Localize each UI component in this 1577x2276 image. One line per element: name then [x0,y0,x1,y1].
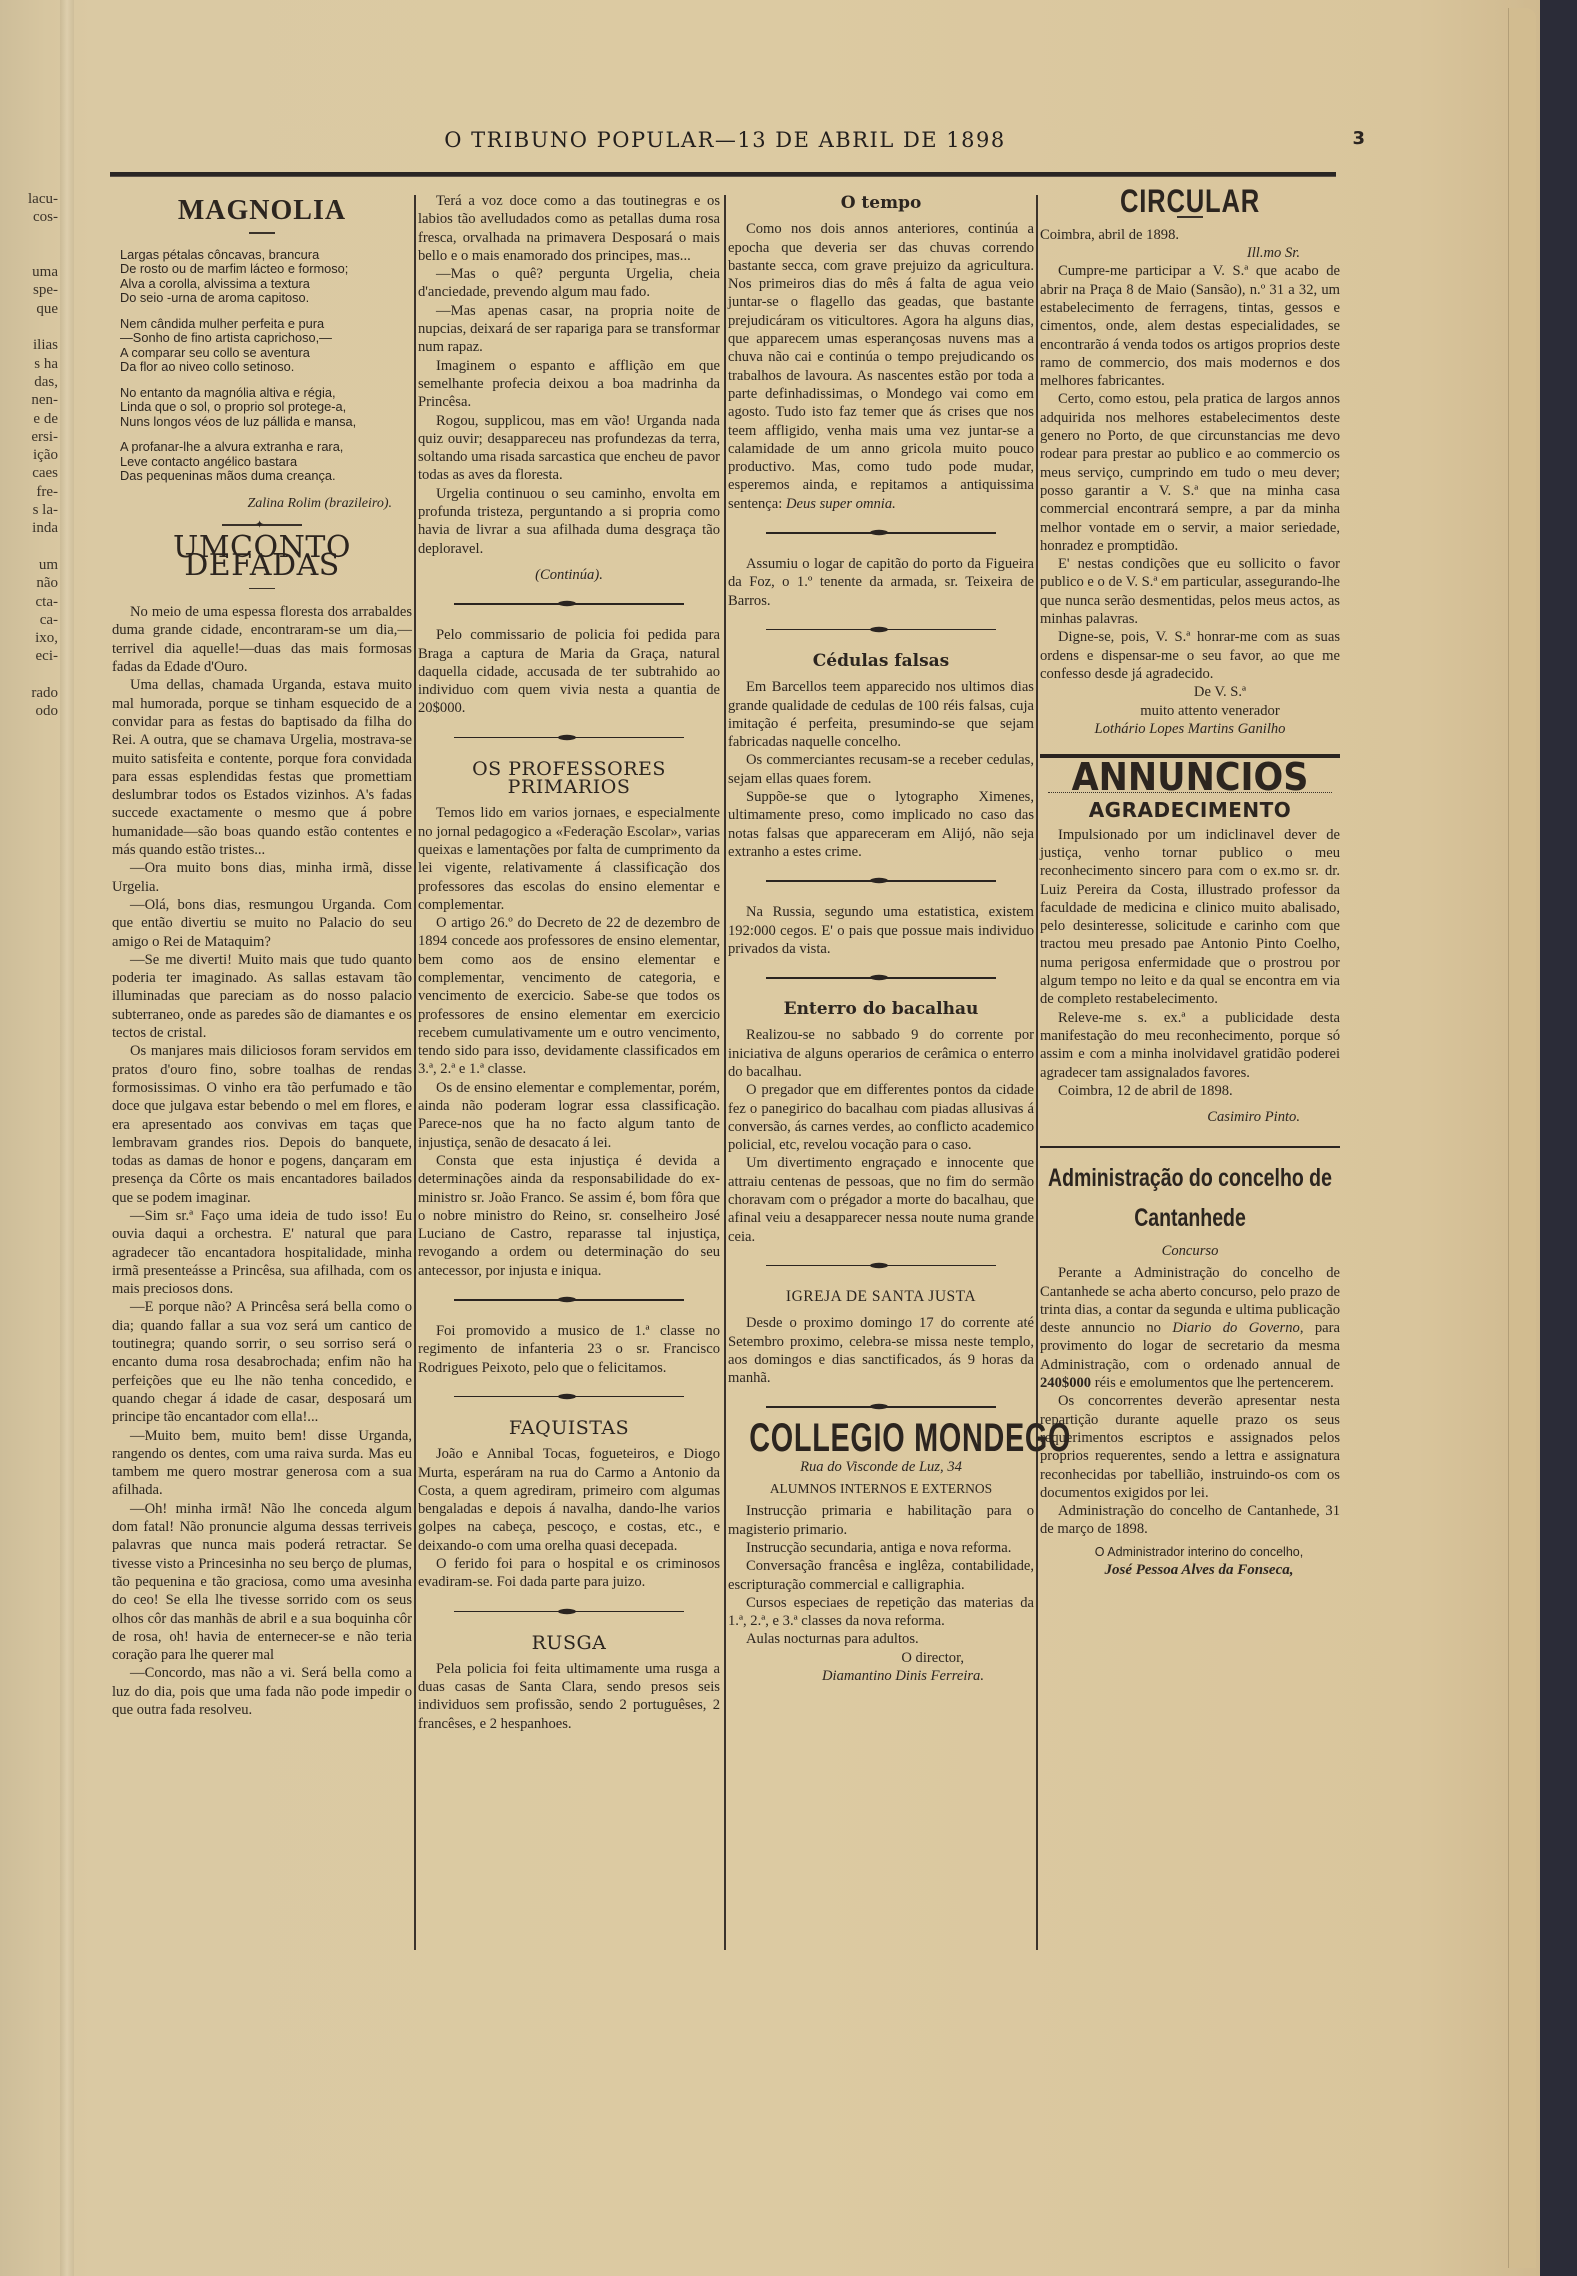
poem-line: Leve contacto angélico bastara [120,455,412,470]
column-3: O tempo Como nos dois annos anteriores, … [728,192,1034,1952]
margin-fragment: ição [0,446,58,464]
poem-line: Alva a corolla, alvissima a textura [120,277,412,292]
margin-fragment: uma [0,263,58,281]
margin-fragment: cta- [0,593,58,611]
article-paragraph: O artigo 26.º do Decreto de 22 de dezemb… [418,914,720,1079]
article-rusga: Pela policia foi feita ultimamente uma r… [418,1660,720,1733]
section-title-faquistas: FAQUISTAS [418,1419,720,1437]
ad-body-agradecimento: Impulsionado por um indiclinavel dever d… [1040,826,1340,1100]
section-divider [454,1387,684,1407]
margin-fragment: odo [0,702,58,720]
section-rule [1040,1146,1340,1148]
story-paragraph: Uma dellas, chamada Urganda, estava muit… [112,676,412,859]
story-paragraph: —Mas apenas casar, na propria noite de n… [418,302,720,357]
page-number: 3 [1352,128,1365,149]
news-russia: Na Russia, segundo uma estatistica, exis… [728,903,1034,958]
ad-subtitle: ALUMNOS INTERNOS E EXTERNOS [728,1480,1034,1498]
poem-stanza: Largas pétalas côncavas, brancuraDe rost… [120,248,412,306]
section-title-tempo: O tempo [728,194,1034,212]
margin-fragment: eci- [0,647,58,665]
ad-sign-name: Diamantino Dinis Ferreira. [728,1667,984,1685]
section-divider [454,1290,684,1310]
ad-paragraph: Conversação francêsa e inglêza, contabil… [728,1557,1034,1594]
poem-line: No entanto da magnólia altiva e régia, [120,386,412,401]
circular-place-date: Coimbra, abril de 1898. [1040,226,1340,244]
story-paragraph: —Olá, bons dias, resmungou Urganda. Com … [112,896,412,951]
story-continuation: Terá a voz doce como a das toutinegras e… [418,192,720,558]
poem-stanza: No entanto da magnólia altiva e régia,Li… [120,386,412,430]
newspaper-page: lacu-cos-umaspe-queiliass hadas,nen-e de… [0,0,1540,2276]
story-paragraph: —Ora muito bons dias, minha irmã, disse … [112,859,412,896]
column-4: CIRCULAR Coimbra, abril de 1898. Ill.mo … [1040,192,1340,1952]
ad-paragraph: Cursos especiaes de repetição das materi… [728,1594,1034,1631]
story-paragraph: Os manjares mais diliciosos foram servid… [112,1042,412,1207]
section-divider [766,620,996,640]
article-paragraph: Suppõe-se que o lytographo Ximenes, ulti… [728,788,1034,861]
article-tempo: Como nos dois annos anteriores, continúa… [728,220,1034,513]
ad-paragraph: Releve-me s. ex.ª a publicidade desta ma… [1040,1009,1340,1082]
margin-fragment: nen- [0,391,58,409]
article-paragraph: Temos lido em varios jornaes, e especial… [418,804,720,914]
poem-line: Largas pétalas côncavas, brancura [120,248,412,263]
circular-paragraph: Certo, como estou, pela pratica de largo… [1040,390,1340,555]
poem-line: A profanar-lhe a alvura extranha e rara, [120,440,412,455]
article-enterro: Realizou-se no sabbado 9 do corrente por… [728,1026,1034,1246]
admin-sign-name: José Pessoa Alves da Fonseca, [1040,1561,1340,1579]
margin-fragment: ersi- [0,428,58,446]
poem-line: A comparar seu collo se aventura [120,346,412,361]
circular-body: Cumpre-me participar a V. S.ª que acabo … [1040,262,1340,683]
margin-fragment [0,227,58,245]
section-divider [454,594,684,614]
article-paragraph: O ferido foi para o hospital e os crimin… [418,1555,720,1592]
ad-paragraph: Coimbra, 12 de abril de 1898. [1040,1082,1340,1100]
section-title-cedulas: Cédulas falsas [728,652,1034,670]
circular-paragraph: Digne-se, pois, V. S.ª honrar-me com as … [1040,628,1340,683]
ad-paragraph: Aulas nocturnas para adultos. [728,1630,1034,1648]
article-cedulas: Em Barcellos teem apparecido nos ultimos… [728,678,1034,861]
ornament-divider [222,521,302,529]
article-paragraph: Os commerciantes recusam-se a receber ce… [728,751,1034,788]
story-title: UMCONTO DEFADAS [112,539,412,576]
margin-fragment: cos- [0,208,58,226]
poem-line: Da flor ao niveo collo setinoso. [120,360,412,375]
article-professores: Temos lido em varios jornaes, e especial… [418,804,720,1280]
story-body: No meio de uma espessa floresta dos arra… [112,603,412,1719]
ad-title-administracao: Administração do concelho de Cantanhede [1042,1158,1338,1238]
ad-address: Rua do Visconde de Luz, 34 [728,1458,1034,1476]
story-paragraph: Imaginem o espanto e afflição em que sem… [418,357,720,412]
ad-signature: Casimiro Pinto. [1040,1108,1300,1126]
continua-note: (Continúa). [418,566,720,584]
short-rule [249,232,275,234]
short-rule [249,588,275,590]
story-paragraph: Rogou, supplicou, mas em vão! Urganda na… [418,412,720,485]
section-title-professores: OS PROFESSORES PRIMARIOS [418,760,720,797]
spine-fold [60,0,74,2276]
circular-paragraph: E' nestas condições que eu sollicito o f… [1040,555,1340,628]
margin-fragment [0,318,58,336]
ad-paragraph: Instrucção secundaria, antiga e nova ref… [728,1539,1034,1557]
poem-stanza: Nem cândida mulher perfeita e pura—Sonho… [120,317,412,375]
article-paragraph: Em Barcellos teem apparecido nos ultimos… [728,678,1034,751]
poem-line: Nuns longos véos de luz pállida e mansa, [120,415,412,430]
column-2: Terá a voz doce como a das toutinegras e… [418,192,720,1952]
poem-stanza: A profanar-lhe a alvura extranha e rara,… [120,440,412,484]
news-capitao: Assumiu o logar de capitão do porto da F… [728,555,1034,610]
masthead: O TRIBUNO POPULAR—13 DE ABRIL DE 1898 3 [115,128,1335,158]
circular-closing: muito attento venerador [1080,702,1340,720]
margin-fragment: spe- [0,281,58,299]
ad-paragraph: Impulsionado por um indiclinavel dever d… [1040,826,1340,1009]
column-rule [414,195,416,1950]
margin-fragment: s ha [0,355,58,373]
margin-fragment: não [0,574,58,592]
section-divider [766,523,996,543]
poem-title: MAGNOLIA [112,202,412,220]
story-paragraph: —Mas o quê? pergunta Urgelia, cheia d'an… [418,265,720,302]
story-paragraph: —Se me diverti! Muito mais que tudo quan… [112,951,412,1042]
column-rule [724,195,726,1950]
margin-fragment: ixo, [0,629,58,647]
poem-line: Nem cândida mulher perfeita e pura [120,317,412,332]
admin-paragraph-1: Perante a Administração do concelho de C… [1040,1264,1340,1392]
story-paragraph: No meio de uma espessa floresta dos arra… [112,603,412,676]
margin-fragment [0,666,58,684]
story-paragraph: —Oh! minha irmã! Não lhe conceda algum d… [112,1500,412,1665]
article-paragraph: Realizou-se no sabbado 9 do corrente por… [728,1026,1034,1081]
page-edge [1508,8,1536,2268]
news-musico: Foi promovido a musico de 1.ª classe no … [418,1322,720,1377]
circular-closing: De V. S.ª [1100,683,1340,701]
section-divider [766,871,996,891]
column-1: MAGNOLIA Largas pétalas côncavas, brancu… [112,192,412,1952]
story-paragraph: —E porque não? A Princêsa será bella com… [112,1298,412,1426]
article-paragraph: O pregador que em differentes pontos da … [728,1081,1034,1154]
column-rule [1036,195,1038,1950]
section-title-enterro: Enterro do bacalhau [728,1000,1034,1018]
section-divider [766,968,996,988]
story-paragraph: Terá a voz doce como a das toutinegras e… [418,192,720,265]
story-paragraph: —Sim sr.ª Faço uma ideia de tudo isso! E… [112,1207,412,1298]
ad-subtitle-concurso: Concurso [1040,1242,1340,1260]
section-divider [454,1602,684,1622]
article-paragraph: Consta que esta injustiça é devida a det… [418,1152,720,1280]
margin-fragment: que [0,300,58,318]
poem-line: Das pequeninas mãos duma creança. [120,469,412,484]
circular-signature: Lothário Lopes Martins Ganilho [1040,720,1340,738]
margin-fragment: ilias [0,336,58,354]
poem-line: Linda que o sol, o proprio sol protege-a… [120,400,412,415]
poem-line: De rosto ou de marfim lácteo e formoso; [120,262,412,277]
margin-fragment: das, [0,373,58,391]
margin-fragment [0,245,58,263]
section-title-igreja: IGREJA DE SANTA JUSTA [728,1288,1034,1306]
ad-title-collegio: COLLEGIO MONDEGO [749,1429,1013,1447]
section-title-annuncios: ANNUNCIOS [1052,768,1328,786]
margin-fragment: fre- [0,483,58,501]
header-rule [110,172,1336,177]
article-paragraph: Um divertimento engraçado e innocente qu… [728,1154,1034,1245]
story-paragraph: —Muito bem, muito bem! disse Urganda, ra… [112,1427,412,1500]
margin-fragment [0,538,58,556]
margin-fragment: caes [0,464,58,482]
admin-paragraph-3: Administração do concelho de Cantanhede,… [1040,1502,1340,1539]
admin-paragraph-2: Os concorrentes deverão apresentar nesta… [1040,1392,1340,1502]
ad-body-collegio: Instrucção primaria e habilitação para o… [728,1502,1034,1648]
poem-line: —Sonho de fino artista caprichoso,— [120,331,412,346]
margin-fragment: um [0,556,58,574]
article-igreja: Desde o proximo domingo 17 do corrente a… [728,1314,1034,1387]
article-paragraph: João e Annibal Tocas, fogueteiros, e Dio… [418,1445,720,1555]
ad-sign-role: O director, [728,1649,964,1667]
ad-paragraph: Instrucção primaria e habilitação para o… [728,1502,1034,1539]
story-paragraph: Urgelia continuou o seu caminho, envolta… [418,485,720,558]
margin-fragment: ca- [0,611,58,629]
news-captura: Pelo commissario de policia foi pedida p… [418,626,720,717]
admin-sign-role: O Administrador interino do concelho, [1040,1543,1340,1561]
circular-paragraph: Cumpre-me participar a V. S.ª que acabo … [1040,262,1340,390]
section-divider [454,728,684,748]
poem-magnolia: Largas pétalas côncavas, brancuraDe rost… [120,248,412,484]
margin-fragment: rado [0,684,58,702]
section-divider [766,1397,996,1417]
article-faquistas: João e Annibal Tocas, fogueteiros, e Dio… [418,1445,720,1591]
margin-fragment: lacu- [0,190,58,208]
ad-title-agradecimento: AGRADECIMENTO [1040,801,1340,819]
story-paragraph: —Concordo, mas não a vi. Será bella como… [112,1664,412,1719]
margin-fragment: e de [0,410,58,428]
section-title-circular: CIRCULAR [1070,192,1310,210]
previous-page-margin-fragments: lacu-cos-umaspe-queiliass hadas,nen-e de… [0,190,58,721]
margin-fragment: inda [0,519,58,537]
poem-author: Zalina Rolim (brazileiro). [112,495,392,513]
section-title-rusga: RUSGA [418,1634,720,1652]
margin-fragment: s la- [0,501,58,519]
masthead-title: O TRIBUNO POPULAR—13 DE ABRIL DE 1898 [444,128,1005,152]
circular-salutation: Ill.mo Sr. [1040,244,1300,262]
poem-line: Do seio -urna de aroma capitoso. [120,291,412,306]
section-divider [766,1256,996,1276]
article-paragraph: Os de ensino elementar e complementar, p… [418,1079,720,1152]
